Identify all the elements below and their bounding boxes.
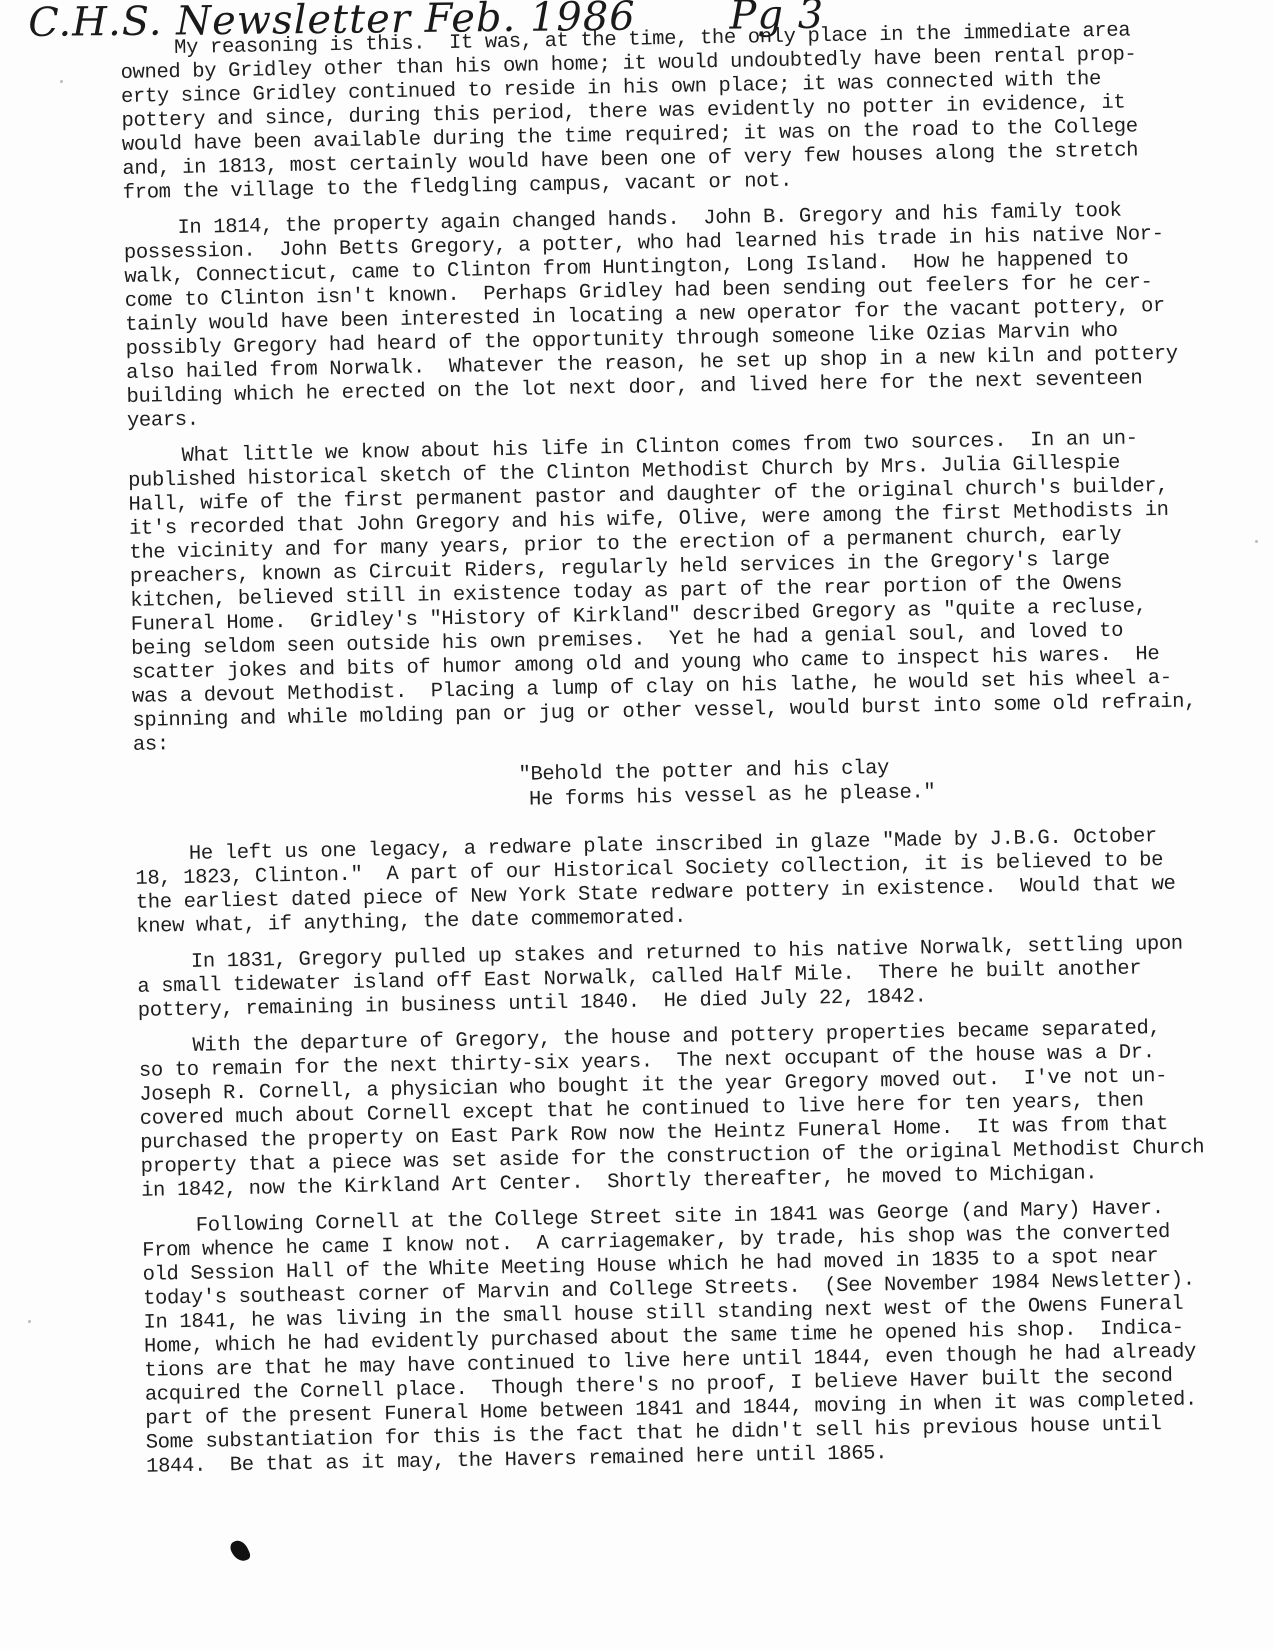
paragraph-gregory-life: What little we know about his life in Cl… — [127, 425, 1263, 758]
paragraph-cornell: With the departure of Gregory, the house… — [138, 1015, 1271, 1204]
paragraph-reasoning: My reasoning is this. It was, at the tim… — [120, 17, 1253, 206]
scanned-page: C.H.S. Newsletter Feb. 1986 Pg 3 My reas… — [0, 0, 1274, 1649]
scan-speck — [1255, 540, 1258, 543]
paragraph-gregory-arrival: In 1814, the property again changed hand… — [123, 197, 1257, 434]
ink-smudge — [228, 1538, 252, 1565]
paragraph-haver: Following Cornell at the College Street … — [142, 1195, 1274, 1480]
paragraph-legacy: He left us one legacy, a redware plate i… — [135, 823, 1267, 940]
scan-speck — [28, 1320, 31, 1323]
scan-speck — [60, 80, 63, 83]
refrain-quote: "Behold the potter and his clayHe forms … — [133, 749, 1264, 820]
paragraph-return-norwalk: In 1831, Gregory pulled up stakes and re… — [137, 931, 1268, 1024]
article-body: My reasoning is this. It was, at the tim… — [120, 17, 1274, 1491]
